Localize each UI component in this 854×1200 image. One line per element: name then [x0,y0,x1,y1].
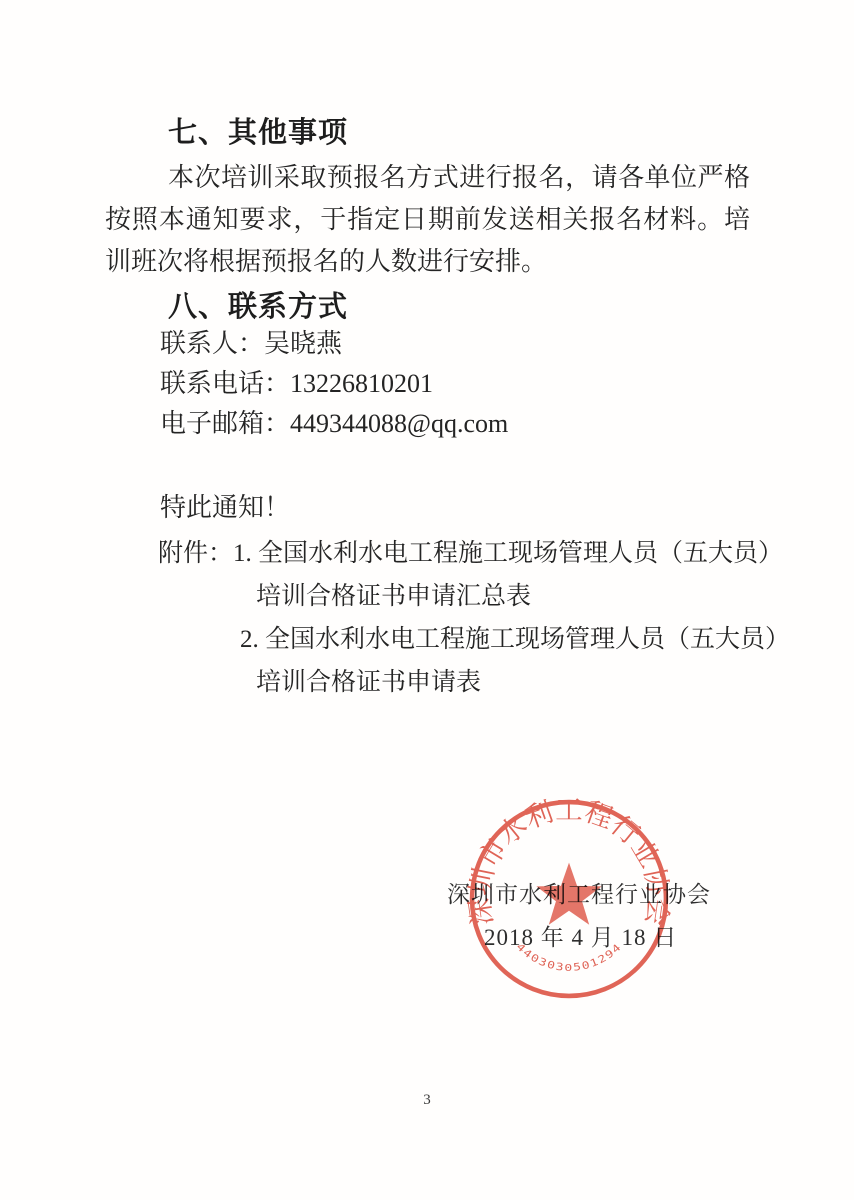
page-number: 3 [0,1092,854,1109]
other-matters-paragraph: 本次培训采取预报名方式进行报名，请各单位严格按照本通知要求，于指定日期前发送相关… [105,157,750,283]
attachment-line-3: 2. 全国水利水电工程施工现场管理人员（五大员） [240,619,790,655]
section-heading-other-matters: 七、其他事项 [168,110,348,151]
section-heading-contact: 八、联系方式 [168,284,348,325]
notice-statement: 特此通知！ [160,487,290,524]
notice-document-page: 七、其他事项 本次培训采取预报名方式进行报名，请各单位严格按照本通知要求，于指定… [0,0,854,1200]
official-seal: 深圳市水利工程行业协会 4403030501294 [466,796,672,1002]
seal-star-icon [536,863,601,925]
svg-text:4403030501294: 4403030501294 [514,942,625,974]
contact-person-line: 联系人：吴晓燕 [160,323,342,360]
seal-serial-number: 4403030501294 [514,942,625,974]
contact-phone-line: 联系电话：13226810201 [160,363,433,400]
attachment-line-4: 培训合格证书申请表 [256,662,481,698]
attachment-line-2: 培训合格证书申请汇总表 [256,576,531,612]
contact-email-line: 电子邮箱：449344088@qq.com [160,403,508,440]
attachment-line-1: 附件：1. 全国水利水电工程施工现场管理人员（五大员） [158,533,783,569]
